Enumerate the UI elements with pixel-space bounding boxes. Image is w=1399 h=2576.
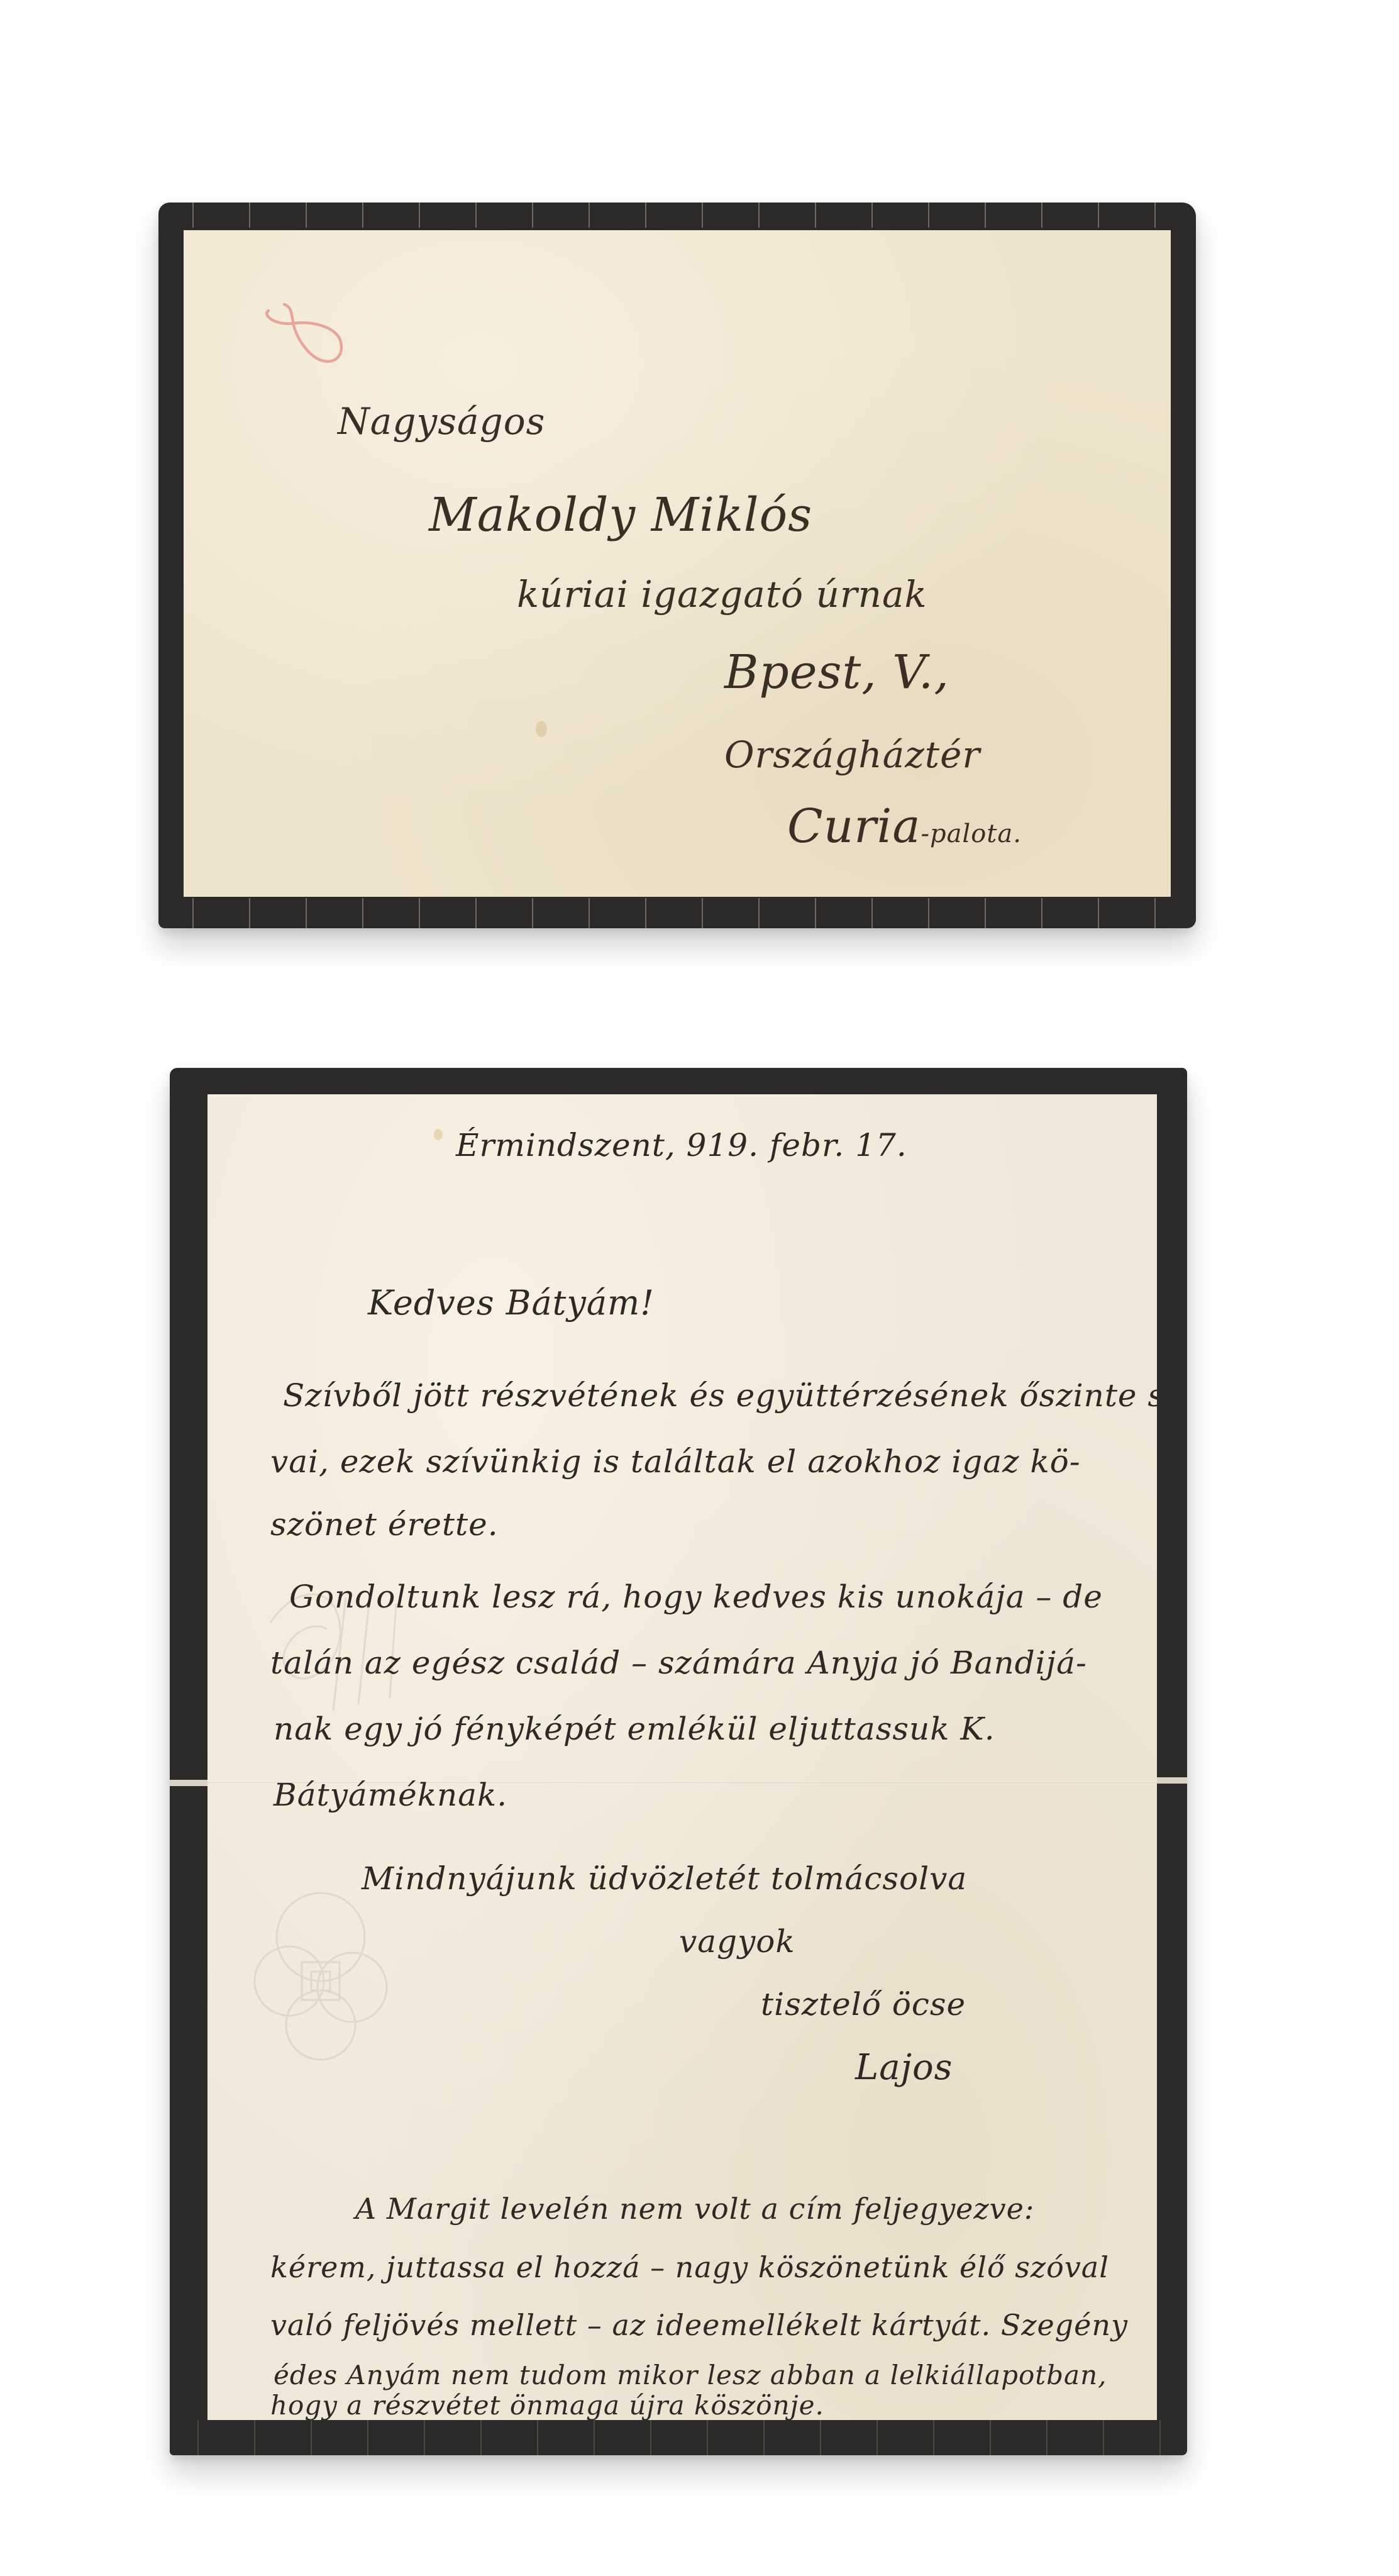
paragraph1-line2: vai, ezek szívünkig is találtak el azokh… — [270, 1443, 1081, 1480]
postscript-line2: kérem, juttassa el hozzá – nagy köszönet… — [270, 2250, 1109, 2284]
postscript-line4: édes Anyám nem tudom mikor lesz abban a … — [274, 2360, 1107, 2390]
letter-page: Érmindszent, 919. febr. 17. Kedves Bátyá… — [207, 1094, 1157, 2420]
pencil-mark-icon — [256, 293, 363, 375]
envelope-border-wear-bottom — [171, 898, 1177, 928]
signature: Lajos — [855, 2047, 953, 2088]
foxing-spot — [434, 1129, 443, 1140]
address-building: Curia-palota. — [787, 799, 1022, 853]
mourning-envelope: Nagyságos Makoldy Miklós kúriai igazgató… — [158, 203, 1196, 928]
address-salutation: Nagyságos — [338, 400, 545, 443]
fold-notch-right — [1157, 1777, 1187, 1784]
address-city: Bpest, V., — [724, 645, 949, 699]
paragraph1-line1: Szívből jött részvétének és együttérzésé… — [283, 1377, 1157, 1414]
address-building-name: Curia — [787, 799, 921, 853]
address-title: kúriai igazgató úrnak — [517, 573, 927, 616]
closing-line3: tisztelő öcse — [761, 1986, 966, 2023]
paragraph1-line3: szönet érette. — [270, 1506, 499, 1543]
address-street: Országháztér — [724, 733, 980, 776]
paragraph2-line1: Gondoltunk lesz rá, hogy kedves kis unok… — [289, 1579, 1103, 1615]
envelope-border-wear-top — [171, 203, 1177, 228]
closing-line2: vagyok — [679, 1923, 795, 1960]
mourning-letter: Érmindszent, 919. febr. 17. Kedves Bátyá… — [170, 1068, 1187, 2455]
embossed-watermark-icon — [233, 1547, 497, 2101]
envelope-face: Nagyságos Makoldy Miklós kúriai igazgató… — [184, 230, 1171, 897]
paragraph2-line4: Bátyáméknak. — [274, 1777, 507, 1813]
postscript-line5: hogy a részvétet önmaga újra köszönje. — [270, 2390, 824, 2420]
letter-dateline: Érmindszent, 919. febr. 17. — [456, 1127, 907, 1163]
fold-notch-left — [170, 1780, 207, 1786]
letter-greeting: Kedves Bátyám! — [368, 1283, 655, 1323]
paragraph2-line3: nak egy jó fényképét emlékül eljuttassuk… — [274, 1711, 995, 1747]
address-name: Makoldy Miklós — [429, 488, 812, 542]
postscript-line3: való feljövés mellett – az ideemellékelt… — [270, 2308, 1128, 2342]
postscript-line1: A Margit levelén nem volt a cím feljegye… — [355, 2192, 1034, 2226]
closing-line1: Mindnyájunk üdvözletét tolmácsolva — [362, 1860, 967, 1897]
foxing-spot — [536, 721, 547, 737]
address-building-suffix: -palota. — [921, 819, 1021, 848]
paragraph2-line2: talán az egész család – számára Anyja jó… — [270, 1645, 1087, 1681]
letter-border-wear-bottom — [176, 2420, 1181, 2455]
